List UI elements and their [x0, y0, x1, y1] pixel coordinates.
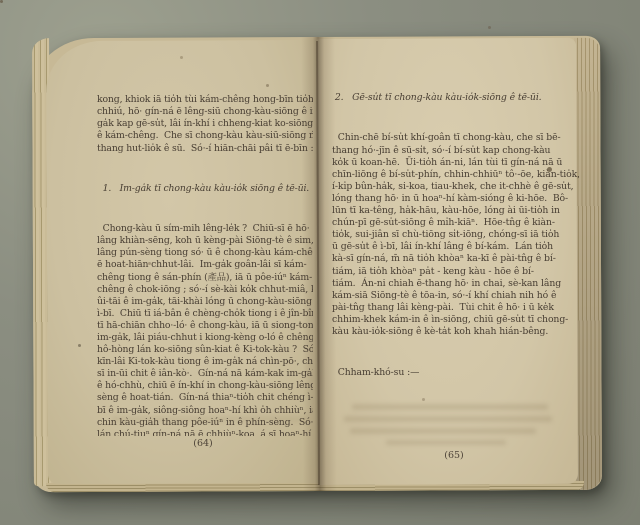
- ink-showthrough: [352, 404, 548, 410]
- ink-showthrough: [112, 416, 308, 422]
- right-section-heading: 2. Gē-su̍t tī chong-kàu kàu-io̍k-siōng ê…: [332, 92, 579, 104]
- text-line: ko̍k ū koan-hē. Ūi-tio̍h án-ni, lán tùi …: [332, 157, 579, 169]
- text-line: chhim-khek kám-in ê ìn-siōng, chiū gē-su…: [332, 314, 579, 326]
- text-line: tiám, iā tio̍h khòaⁿ pa̍t - keng kàu - h…: [332, 266, 579, 278]
- text-line: ē hoat-hiān chhut-lâi. Im-ga̍k goân-lâi …: [97, 259, 313, 271]
- text-line: lán chú-tiuⁿ gín-ná nā ē chhiùⁿ-koa, á s…: [97, 429, 313, 436]
- left-section-heading: 1. Im-ga̍k tī chong-kàu kàu-io̍k siōng ê…: [97, 183, 313, 195]
- text-line: kīn-lâi Ki-tok-kàu tiong ê im-ga̍k ná ch…: [97, 356, 313, 368]
- right-page-text: 2. Gē-su̍t tī chong-kàu kàu-io̍k-siōng ê…: [332, 64, 579, 394]
- text-line: ga̍k kap gē-su̍t, lâi ín-khí i chheng-ki…: [97, 118, 313, 130]
- text-line: bī ê im-ga̍k, siông-siông hoaⁿ-hí khì o̍…: [97, 405, 313, 417]
- text-line: sèng ê hoat-tián. Gín-ná thiaⁿ-tio̍h chi…: [97, 392, 313, 404]
- text-line: tiám. Án-ni chiah ē-thang hō· in chai, s…: [332, 278, 579, 290]
- text-line: chīn-liōng ê bí-su̍t-phín, chhin-chhiūⁿ …: [332, 169, 579, 181]
- text-line: im-ga̍k, lâi piáu-chhut i kiong-kèng o-l…: [97, 332, 313, 344]
- text-line: thang hut-lio̍k ê sū. Só·-í hiān-chāi pâ…: [97, 143, 313, 155]
- text-line: tī hā-chiān chho·-ló· ê chong-kàu, iā ū …: [97, 320, 313, 332]
- left-paragraph-body: Chong-kàu ū sím-mih lêng-le̍k ? Chiū-sī …: [97, 223, 313, 436]
- text-line: ê hó-chhù, chiū ē ín-khí in chong-kàu-si…: [97, 380, 313, 392]
- text-line: hô-hòng lán ko-siōng sûn-kiat ê Ki-tok-k…: [97, 344, 313, 356]
- text-line: lóng thang hō· in ū hoaⁿ-hí kàm-sióng ê …: [332, 193, 579, 205]
- right-page-number: (65): [332, 450, 576, 461]
- book-photo-scene: kong, khiok iā tio̍h tùi kám-chêng hong-…: [0, 0, 640, 525]
- paper-specks: [0, 0, 3, 3]
- references-label: Chham-khó-su :—: [332, 367, 579, 379]
- text-line: sī in-ūi chit ê iân-kò·. Gín-ná nā kám-k…: [97, 368, 313, 380]
- ink-showthrough: [344, 416, 552, 422]
- right-paragraph-body: Chin-chē bí-su̍t khí-goân tī chong-kàu, …: [332, 132, 579, 338]
- text-line: Chong-kàu ū sím-mih lêng-le̍k ? Chiū-sī …: [97, 223, 313, 235]
- text-line: chêng ê chok-iōng ; só·-í sè-kài ko̍k ch…: [97, 284, 313, 296]
- ink-showthrough: [350, 428, 536, 434]
- text-line: thang hó·-jīn ê sū-si̍t, só·-í bí-su̍t k…: [332, 145, 579, 157]
- ink-showthrough: [386, 440, 506, 445]
- text-line: kong, khiok iā tio̍h tùi kám-chêng hong-…: [97, 94, 313, 106]
- text-line: tio̍k, sui-jiân sī chù-tiōng si̍t-iōng, …: [332, 229, 579, 241]
- text-line: chhiú, hō· gín-ná ē lêng-siū chong-kàu-s…: [97, 106, 313, 118]
- text-line: kàu kàu-io̍k-siōng ê kè-ta̍t koh khah hi…: [332, 326, 579, 338]
- text-line: chún-pī gē-su̍t-siōng ê mi̍h-kiāⁿ. Hōe-t…: [332, 217, 579, 229]
- text-line: lâng khiàn-sēng, koh ū kèng-pài Siōng-tè…: [97, 235, 313, 247]
- left-page-text: kong, khiok iā tio̍h tùi kám-chêng hong-…: [97, 70, 313, 436]
- text-line: lūn tī ka-têng, ha̍k-hāu, kàu-hōe, lóng …: [332, 205, 579, 217]
- text-line: kà-sī gín-ná, m̄ nā tio̍h khòaⁿ ka-kī ê …: [332, 253, 579, 265]
- text-line: chêng tiong ê sán-phín (產品), iā ū pôe-iú…: [97, 272, 313, 284]
- text-line: pài-tn̂g thang lâi kèng-pài. Tùi chit ê …: [332, 302, 579, 314]
- text-line: ê kám-chêng. Che sī chong-kàu kàu-siū-si…: [97, 130, 313, 142]
- text-line: kám-siā Siōng-tè ê tōa-in, só·-í khí chi…: [332, 290, 579, 302]
- text-line: í-ki̍p bûn-ha̍k, si-koa, tiau-khek, che …: [332, 181, 579, 193]
- text-line: ûi-tāi ê im-ga̍k, tāi-khài lóng ū chong-…: [97, 296, 313, 308]
- text-line: ū gē-su̍t ê ì-bī, lâi ín-khí lâng ê bí-k…: [332, 241, 579, 253]
- left-page-number: (64): [97, 438, 309, 449]
- text-line: lâng pún-sèng tiong só· ū ê chong-kàu ká…: [97, 247, 313, 259]
- left-paragraph-continuation: kong, khiok iā tio̍h tùi kám-chêng hong-…: [97, 94, 313, 154]
- text-line: Chin-chē bí-su̍t khí-goân tī chong-kàu, …: [332, 132, 579, 144]
- text-line: ì-bī. Chiū tī iá-bân ê chèng-cho̍k tiong…: [97, 308, 313, 320]
